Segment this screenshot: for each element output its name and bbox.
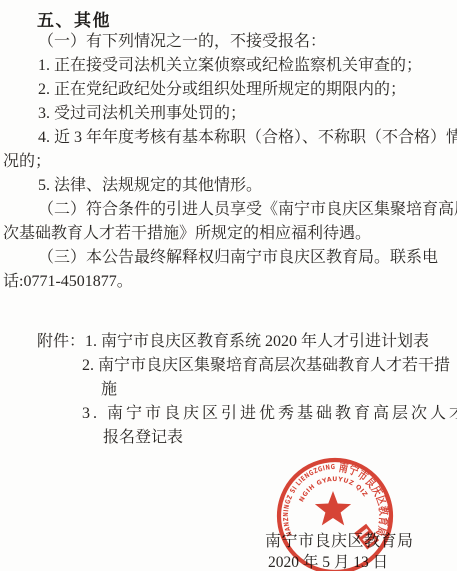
body-line: （一）有下列情况之一的，不接受报名： <box>3 30 457 54</box>
attachments-block: 附件：1. 南宁市良庆区教育系统 2020 年人才引进计划表 2. 南宁市良庆区… <box>37 330 457 450</box>
attachment-item-3: 3. 南宁市良庆区引进优秀基础教育高层次人才 <box>37 402 457 426</box>
seal-roman-outer-text: NANZNINGZ SI LIENGZGING <box>282 463 336 537</box>
body-text: （一）有下列情况之一的，不接受报名： 1. 正在接受司法机关立案侦察或纪检监察机… <box>3 30 457 294</box>
body-line: （三）本公告最终解释权归南宁市良庆区教育局。联系电 <box>3 246 457 270</box>
official-seal: NANZNINGZ SI LIENGZGING南宁市良庆区教育局 NGIH GY… <box>273 454 397 571</box>
section-heading: 五、其他 <box>37 6 111 31</box>
attachment-item-2-cont: 施 <box>37 378 457 402</box>
body-line: （二）符合条件的引进人员享受《南宁市良庆区集聚培育高层 <box>3 198 457 222</box>
seal-anticounterfeit-mark <box>354 524 379 550</box>
body-line: 2. 正在党纪政纪处分或组织处理所规定的期限内的； <box>3 78 457 102</box>
body-line: 话:0771-4501877。 <box>3 270 457 294</box>
attachments-label: 附件： <box>37 333 85 350</box>
attachment-item-2: 2. 南宁市良庆区集聚培育高层次基础教育人才若干措 <box>37 354 457 378</box>
body-line: 3. 受过司法机关刑事处罚的； <box>3 102 457 126</box>
body-line: 5. 法律、法规规定的其他情形。 <box>3 174 457 198</box>
attachments-line: 附件：1. 南宁市良庆区教育系统 2020 年人才引进计划表 <box>37 330 457 354</box>
attachment-item-3-cont: 报名登记表 <box>37 426 457 450</box>
document-page: 五、其他 （一）有下列情况之一的，不接受报名： 1. 正在接受司法机关立案侦察或… <box>0 0 457 571</box>
seal-star-icon <box>315 491 351 525</box>
body-line: 况的； <box>3 150 457 174</box>
attachment-item-1: 1. 南宁市良庆区教育系统 2020 年人才引进计划表 <box>85 333 429 350</box>
body-line: 4. 近 3 年年度考核有基本称职（合格）、不称职（不合格）情 <box>3 126 457 150</box>
body-line: 1. 正在接受司法机关立案侦察或纪检监察机关审查的； <box>3 54 457 78</box>
body-line: 次基础教育人才若干措施》所规定的相应福利待遇。 <box>3 222 457 246</box>
